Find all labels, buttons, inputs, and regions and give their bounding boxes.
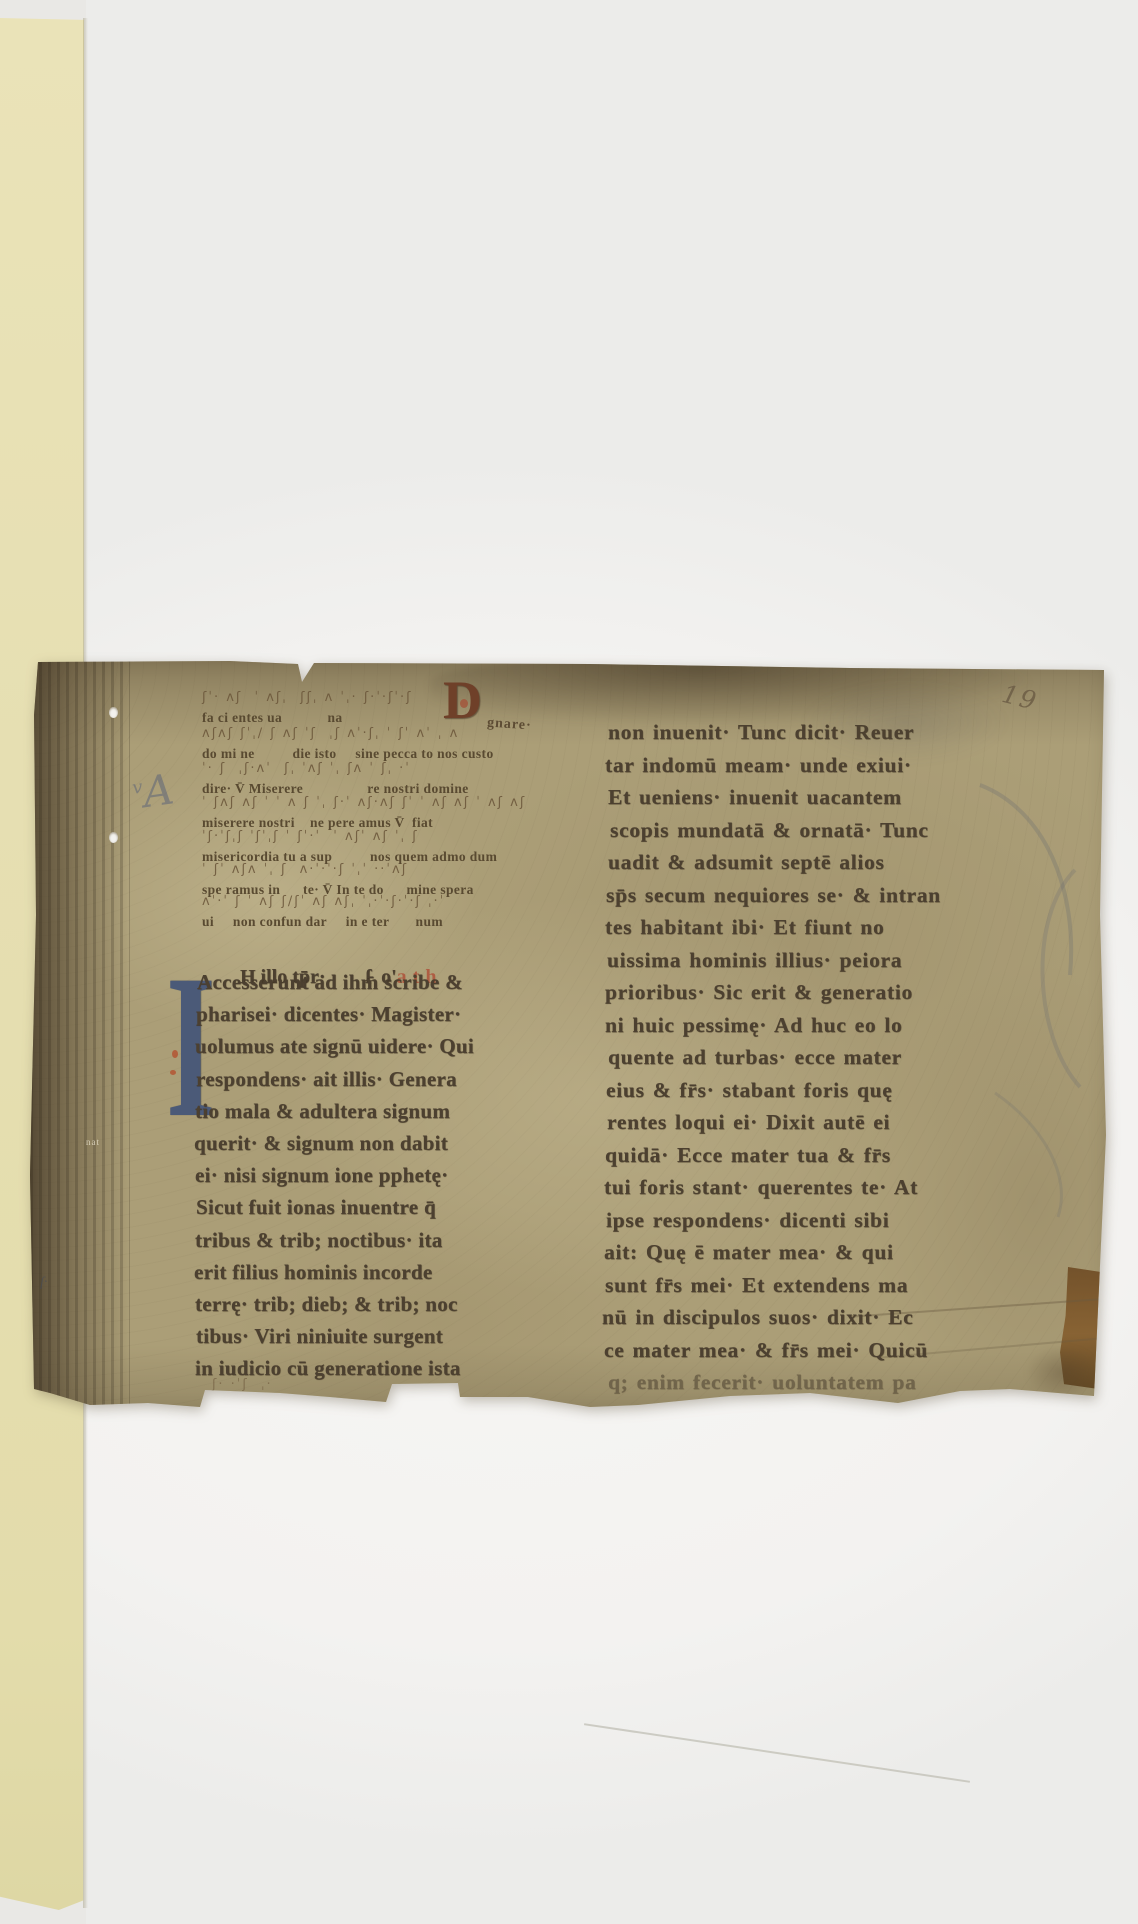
left-spine-edge-staining bbox=[30, 655, 130, 1415]
neume-row: ˈ ʃˈ ʌʃʌ ˈˌ ʃ ʌ·ˈ·ˈ·ʃ ˈˌˈ ··ˈʌʃ bbox=[202, 862, 408, 877]
margin-pen-trial: vA bbox=[130, 764, 177, 818]
photograph-of-manuscript-leaf: ʃˈ· ʌʃ ˈ ʌʃˌ ʃʃˌ ʌ ˈˌ· ʃ·ˈ·ʃˈ·ʃfa ci ent… bbox=[0, 0, 1138, 1924]
manuscript-text-line: quidā· Ecce mater tua & fr̄s bbox=[605, 1143, 891, 1168]
manuscript-text-line: sunt fr̄s mei· Et extendens ma bbox=[605, 1273, 908, 1298]
manuscript-text-line: nū in discipulos suos· dixit· Ec bbox=[602, 1305, 913, 1330]
manuscript-text-line: querit· & signum non dabit bbox=[194, 1131, 448, 1156]
manuscript-text-line: ce mater mea· & fr̄s mei· Quicū bbox=[604, 1338, 928, 1363]
margin-corner-mark: ſ· bbox=[40, 1275, 47, 1291]
manuscript-text-line: erit filius hominis incorde bbox=[194, 1260, 433, 1285]
manuscript-text-line: respondens· ait illis· Genera bbox=[196, 1067, 457, 1092]
bottom-staining bbox=[30, 1345, 1110, 1415]
manuscript-text-line: ni huic pessimę· Ad huc eo lo bbox=[605, 1013, 903, 1038]
neume-row: ˈ ʃʌʃ ʌʃ ˈ ˈ ʌ ʃ ˈˌ ʃ·ˈ ʌʃ·ʌʃ ʃˈ ˈ ʌʃ ʌʃ… bbox=[202, 795, 526, 810]
neume-row: ˈʃ·ˈʃˌʃ ˈʃˈˌʃ ˈ ʃˈ·ˈ ˈ ʌʃˈ ʌʃ ˈˌ ʃ bbox=[202, 829, 419, 844]
manuscript-text-line: tui foris stant· querentes te· At bbox=[604, 1175, 918, 1200]
neume-row: ʃˈ· ʌʃ ˈ ʌʃˌ ʃʃˌ ʌ ˈˌ· ʃ·ˈ·ʃˈ·ʃ bbox=[202, 690, 412, 705]
manuscript-text-line: non inuenit· Tunc dicit· Reuer bbox=[608, 720, 914, 745]
manuscript-text-line: ipse respondens· dicenti sibi bbox=[606, 1208, 889, 1233]
neume-row: ʌˈ·ˈ ʃ ˈ ʌʃ ʃ∕ʃˈ ʌʃ ʌʃˌ ˈˌ·ˈ·ʃ·ˈ·ʃ ˌ·ˈ bbox=[202, 894, 445, 909]
chant-syllables: fa ci entes ua na bbox=[202, 710, 343, 726]
initial-decoration-fleck bbox=[172, 1050, 178, 1058]
manuscript-text-line: uadit & adsumit septē alios bbox=[608, 850, 885, 875]
manuscript-text-line: sp̄s secum nequiores se· & intran bbox=[606, 883, 941, 908]
parchment-surface: ʃˈ· ʌʃ ˈ ʌʃˌ ʃʃˌ ʌ ˈˌ· ʃ·ˈ·ʃˈ·ʃfa ci ent… bbox=[30, 655, 1110, 1415]
manuscript-text-line: uolumus ate signū uidere· Qui bbox=[195, 1034, 474, 1059]
initial-d-red-dot bbox=[460, 699, 468, 708]
manuscript-text-line: pharisei· dicentes· Magister· bbox=[196, 1002, 461, 1027]
manuscript-text-line: tar indomū meam· unde exiui· bbox=[605, 753, 912, 778]
torn-line-fragment: ʃ· ·ˈʃ ˌ· bbox=[212, 1377, 273, 1392]
manuscript-text-line: tes habitant ibi· Et fiunt no bbox=[605, 915, 884, 940]
initial-decoration-fleck bbox=[170, 1070, 176, 1075]
manuscript-text-line: tio mala & adultera signum bbox=[195, 1099, 450, 1124]
manuscript-text-line: quente ad turbas· ecce mater bbox=[608, 1045, 902, 1070]
manuscript-text-line: ait: Quę ē mater mea· & qui bbox=[604, 1240, 894, 1265]
neume-row: ˈ· ʃ ˌʃ·ʌˈ ʃˌ ˈʌʃ ˈˌ ʃʌ ˈ ʃˌ ·ˈ bbox=[202, 761, 411, 776]
worm-hole bbox=[109, 832, 118, 843]
manuscript-text-line: Et ueniens· inuenit uacantem bbox=[608, 785, 902, 810]
margin-note: nat bbox=[86, 1137, 100, 1147]
manuscript-text-line: Accesserunt ad ihm̄ scribe & bbox=[197, 970, 463, 995]
corner-stain bbox=[1025, 1345, 1100, 1400]
chant-syllables: ui non confun dar in e ter num bbox=[202, 914, 443, 930]
neume-row: ʌʃʌʃ ʃˈˌ∕ ʃ ʌʃ ˈʃ ˌʃ ʌˈ·ʃˌ ˈ ʃˈ ʌˈ ˌ ʌ bbox=[202, 726, 459, 741]
manuscript-text-line: scopis mundatā & ornatā· Tunc bbox=[610, 818, 929, 843]
manuscript-text-line: tibus· Viri niniuite surgent bbox=[196, 1324, 443, 1349]
blue-initial-i: I bbox=[166, 939, 182, 1154]
worm-hole bbox=[109, 707, 118, 718]
manuscript-text-line: eius & fr̄s· stabant foris quę bbox=[606, 1078, 893, 1103]
parchment-leaf: ʃˈ· ʌʃ ˈ ʌʃˌ ʃʃˌ ʌ ˈˌ· ʃ·ˈ·ʃˈ·ʃfa ci ent… bbox=[30, 655, 1110, 1415]
manuscript-text-line: ei· nisi signum ione pphetę· bbox=[195, 1163, 448, 1188]
initial-d-suffix: gnare· bbox=[486, 715, 532, 734]
manuscript-text-line: tribus & trib; noctibus· ita bbox=[195, 1228, 443, 1253]
manuscript-text-line: prioribus· Sic erit & generatio bbox=[605, 980, 913, 1005]
manuscript-text-line: q; enim fecerit· uoluntatem pa bbox=[608, 1370, 916, 1395]
manuscript-text-line: rentes loqui ei· Dixit autē ei bbox=[607, 1110, 890, 1135]
manuscript-text-line: Sicut fuit ionas inuentre q̄ bbox=[196, 1195, 436, 1220]
chant-syllables: do mi ne die isto sine pecca to nos cust… bbox=[202, 746, 494, 762]
manuscript-text-line: terrę· trib; dieb; & trib; noc bbox=[195, 1292, 458, 1317]
manuscript-text-line: uissima hominis illius· peiora bbox=[607, 948, 902, 973]
